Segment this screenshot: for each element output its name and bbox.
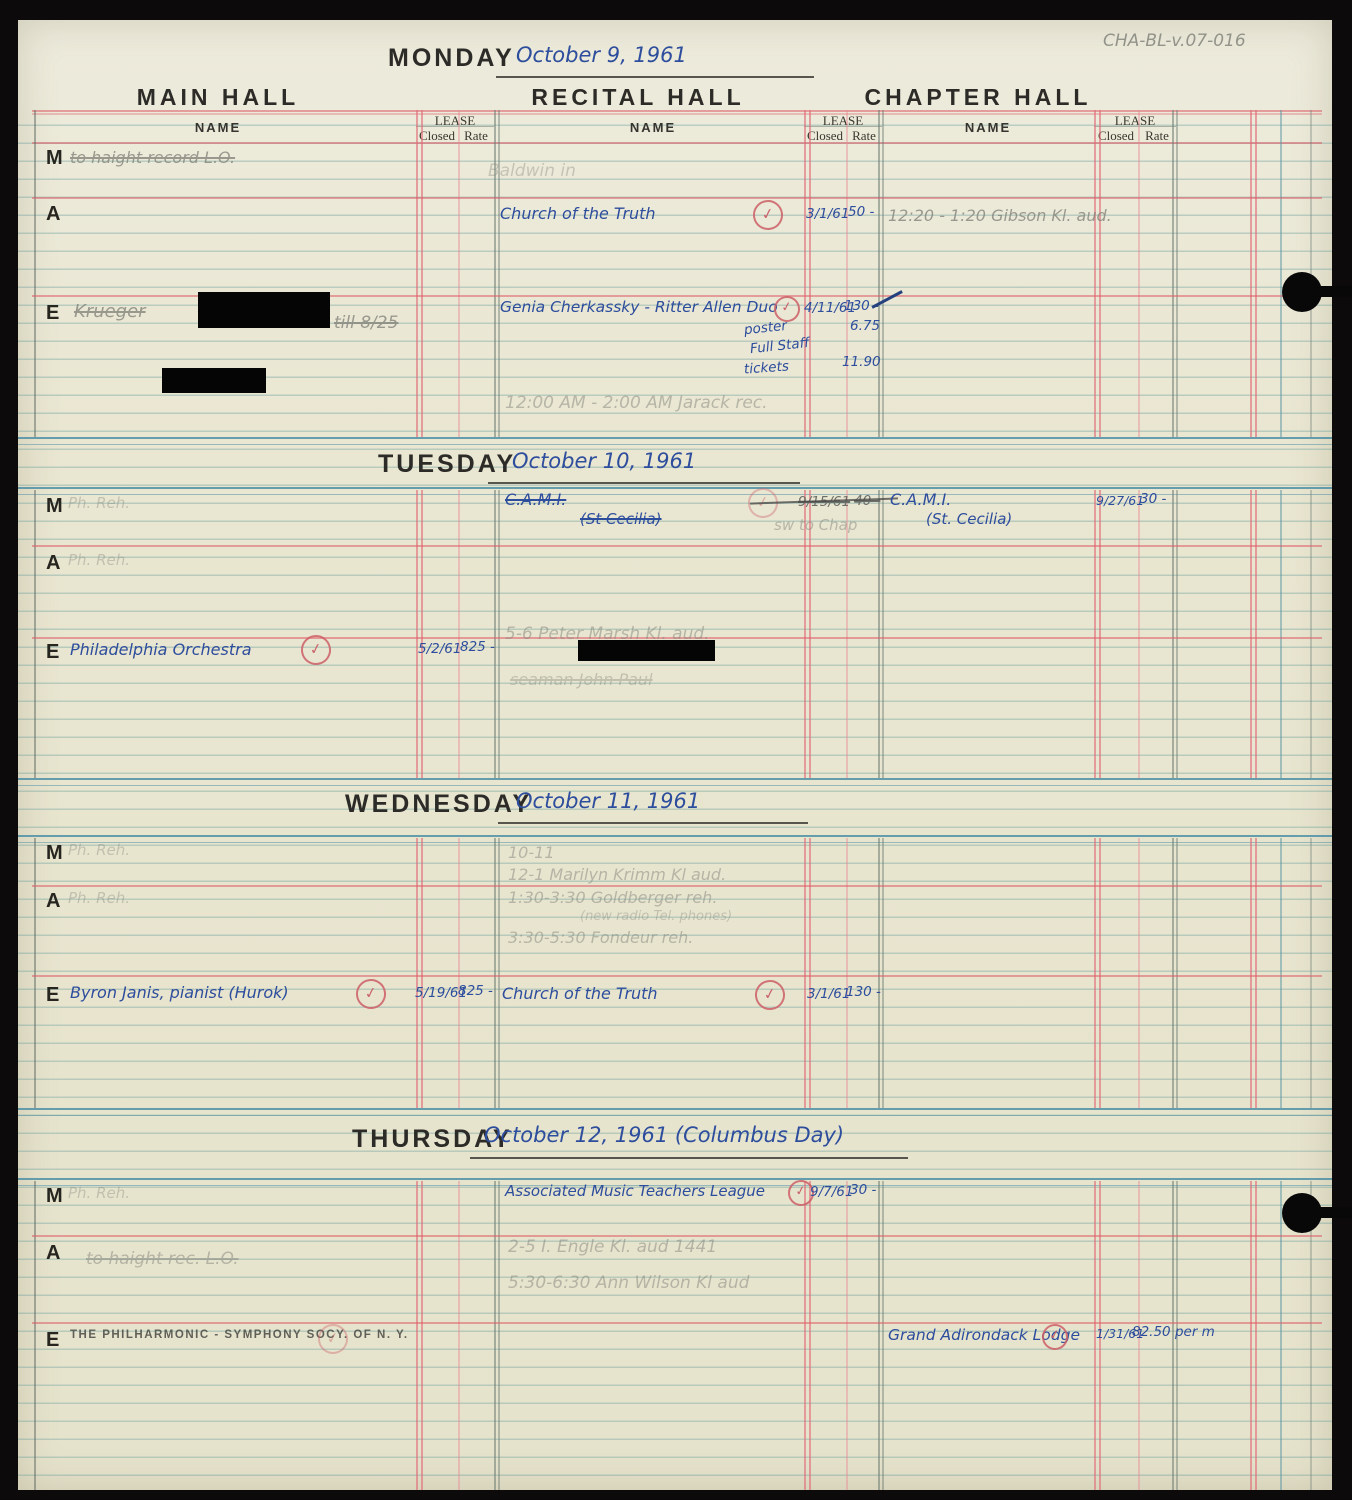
check-mark-icon: ✓ [753,978,788,1013]
row-label-evening: E [46,1330,59,1350]
redaction-box [198,292,330,328]
lease-rate: 40 - [854,493,880,510]
entry-name: Byron Janis, pianist (Hurok) [70,983,289,1003]
entry-note: 12:20 - 1:20 Gibson Kl. aud. [888,206,1112,227]
row-label-afternoon: A [46,1243,60,1263]
punch-hole-slot [1314,286,1352,297]
row-rule [32,197,1322,199]
entry-note: Baldwin in [488,160,576,182]
check-mark-icon: ✓ [751,198,786,233]
entry-note: Ph. Reh. [68,1184,130,1204]
lease-divider [1094,126,1176,127]
check-mark-icon: ✓ [354,977,389,1012]
reference-code: CHA-BL-v.07-016 [1103,30,1246,52]
section-divider [18,1108,1332,1116]
rate-header-chapter: Rate [1138,129,1176,142]
entry-note: 12:00 AM - 2:00 AM Jarack rec. [505,392,768,414]
entry-name: Genia Cherkassky - Ritter Allen Duo [500,298,778,317]
schedule-line: 12-1 Marilyn Krimm Kl aud. [508,865,726,886]
entry-name: C.A.M.I. [890,490,951,510]
schedule-line: 3:30-5:30 Fondeur reh. [508,928,693,949]
closed-header-main: Closed [416,129,458,142]
entry-name: Krueger [74,300,146,323]
rate-header-main: Rate [458,129,494,142]
margin-amount: 6.75 [850,318,880,335]
day-date-tuesday: October 10, 1961 [512,448,696,474]
lease-rate: 30 - [850,1182,876,1199]
scanned-ledger-page: CHA-BL-v.07-016 MONDAY October 9, 1961 M… [0,0,1352,1500]
entry-name: Associated Music Teachers League [505,1182,765,1201]
lease-closed-date: 9/7/61 [810,1184,853,1201]
rate-header-recital: Rate [846,129,882,142]
lease-closed-date: 3/1/61 [806,206,849,223]
name-column-header-recital: NAME [508,121,798,134]
entry-note: Ph. Reh. [68,494,130,514]
row-label-afternoon: A [46,204,60,224]
row-label-morning: M [46,843,63,863]
row-rule [32,545,1322,547]
check-mark-icon: ✓ [316,1322,351,1357]
entry-note: till 8/25 [334,312,398,334]
schedule-line: (new radio Tel. phones) [580,909,732,926]
day-date-monday: October 9, 1961 [516,42,687,68]
closed-header-chapter: Closed [1094,129,1138,142]
row-rule [32,1322,1322,1324]
lease-closed-date: 3/1/61 [807,986,850,1003]
entry-name: C.A.M.I. [505,490,566,510]
entry-name: Church of the Truth [500,204,656,224]
row-label-morning: M [46,496,63,516]
day-date-wednesday: October 11, 1961 [516,788,700,814]
lease-rate: 82.50 per m [1132,1324,1215,1341]
margin-note: Full Staff [749,335,810,358]
header-rule [32,110,1322,112]
lease-rate: 130 - [846,984,881,1001]
organization-stamp: THE PHILHARMONIC - SYMPHONY SOCY. OF N. … [70,1330,409,1342]
entry-note: Ph. Reh. [68,551,130,571]
entry-name-sub: (St. Cecilia) [926,510,1012,529]
lease-divider [416,126,494,127]
entry-name: Philadelphia Orchestra [70,640,252,660]
entry-note: 5:30-6:30 Ann Wilson Kl aud [508,1272,749,1294]
row-rule [32,975,1322,977]
schedule-line: 1:30-3:30 Goldberger reh. [508,888,717,909]
closed-header-recital: Closed [804,129,846,142]
entry-note: sw to Chap [774,516,857,536]
entry-note: to haight rec. L.O. [86,1248,239,1270]
entry-name: Church of the Truth [502,984,658,1004]
lease-rate: 825 - [460,639,495,656]
row-label-afternoon: A [46,891,60,911]
row-label-evening: E [46,642,59,662]
section-divider [18,835,1332,843]
lease-closed-date: 5/2/61 [418,641,461,658]
entry-note: 2-5 I. Engle Kl. aud 1441 [508,1236,717,1258]
lease-rate: 825 - [458,983,493,1000]
day-date-thursday: October 12, 1961 (Columbus Day) [484,1122,844,1148]
margin-note: poster [743,318,788,339]
hall-title-recital: RECITAL HALL [488,86,788,109]
entry-note: seaman John Paul [510,670,653,691]
entry-name-sub: (St Cecilia) [580,510,662,529]
lease-divider [804,126,882,127]
ledger-paper: CHA-BL-v.07-016 MONDAY October 9, 1961 M… [18,20,1332,1490]
margin-note: tickets [743,358,789,378]
entry-note: Ph. Reh. [68,841,130,861]
row-label-morning: M [46,1186,63,1206]
row-label-evening: E [46,985,59,1005]
redaction-box [162,368,266,393]
lease-rate: 50 - [848,204,874,221]
hall-title-main: MAIN HALL [58,86,378,109]
entry-note: Ph. Reh. [68,889,130,909]
row-label-afternoon: A [46,553,60,573]
punch-hole-slot [1314,1207,1352,1218]
margin-amount: 11.90 [842,354,881,371]
hall-title-chapter: CHAPTER HALL [828,86,1128,109]
row-label-evening: E [46,303,59,323]
lease-closed-date: 9/27/61 [1096,493,1144,509]
name-column-header-chapter: NAME [888,121,1088,134]
row-label-morning: M [46,148,63,168]
name-column-header-main: NAME [58,121,378,134]
redaction-box [578,640,715,661]
entry-note: to haight record L.O. [70,148,235,169]
schedule-line: 10-11 [508,843,555,864]
lease-rate: 30 - [1140,491,1166,508]
